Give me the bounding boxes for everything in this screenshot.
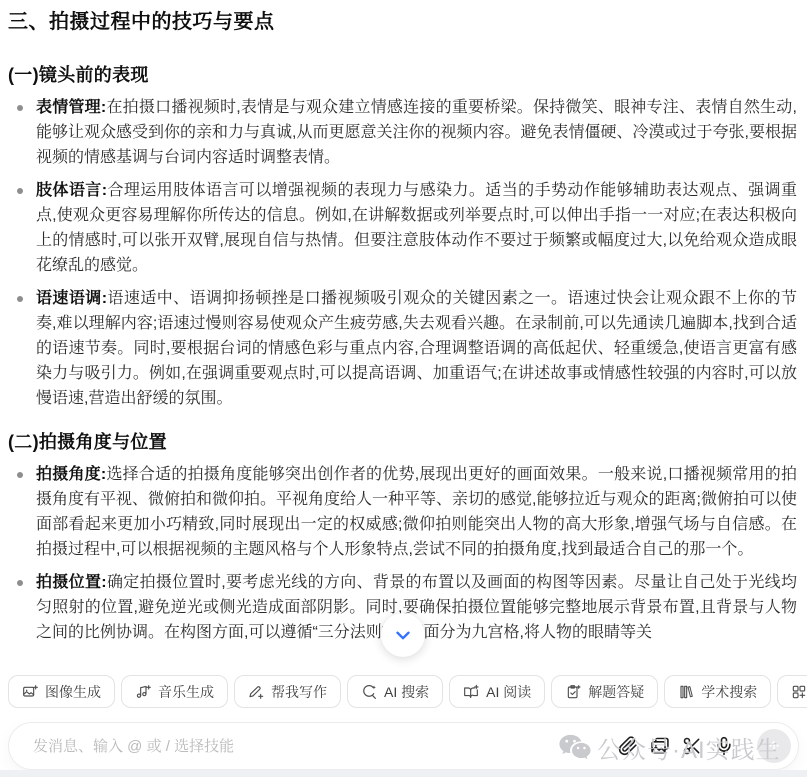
- list-item: 肢体语言:合理运用肢体语言可以增强视频的表现力与感染力。适当的手势动作能够辅助表…: [8, 178, 797, 278]
- send-button[interactable]: [757, 729, 791, 763]
- ai-reading-icon: [463, 684, 479, 700]
- skill-button-academic-search[interactable]: 学术搜索: [664, 675, 771, 708]
- send-icon: [766, 738, 782, 754]
- page-bottom-strip: [0, 770, 807, 777]
- message-input-bar: [8, 722, 799, 770]
- chat-message-content: 三、拍摄过程中的技巧与要点 (一)镜头前的表现 表情管理:在拍摄口播视频时,表情…: [0, 0, 807, 672]
- bullet-text: 语速适中、语调抑扬顿挫是口播视频吸引观众的关键因素之一。语速过快会让观众跟不上你…: [36, 290, 797, 407]
- skill-button-problem-solving[interactable]: 解题答疑: [551, 675, 658, 708]
- academic-search-icon: [678, 684, 694, 700]
- bullet-term: 语速语调:: [36, 290, 107, 307]
- bullet-list-1: 表情管理:在拍摄口播视频时,表情是与观众建立情感连接的重要桥梁。保持微笑、眼神专…: [8, 95, 797, 411]
- bullet-text: 在拍摄口播视频时,表情是与观众建立情感连接的重要桥梁。保持微笑、眼神专注、表情自…: [36, 99, 797, 166]
- input-action-icons: [618, 736, 734, 756]
- skill-button-more[interactable]: 更多: [777, 675, 807, 708]
- bullet-text: 选择合适的拍摄角度能够突出创作者的优势,展现出更好的画面效果。一般来说,口播视频…: [36, 466, 797, 558]
- skill-button-ai-search[interactable]: AI 搜索: [347, 675, 443, 708]
- list-item: 拍摄角度:选择合适的拍摄角度能够突出创作者的优势,展现出更好的画面效果。一般来说…: [8, 462, 797, 562]
- skills-toolbar: 图像生成 音乐生成 帮我写作 AI 搜索 AI 阅读: [8, 675, 807, 708]
- skill-label: AI 搜索: [384, 682, 429, 702]
- page-title: 三、拍摄过程中的技巧与要点: [8, 8, 797, 36]
- section-heading-1: (一)镜头前的表现: [8, 62, 797, 88]
- photos-icon[interactable]: [650, 736, 670, 756]
- list-item: 表情管理:在拍摄口播视频时,表情是与观众建立情感连接的重要桥梁。保持微笑、眼神专…: [8, 95, 797, 170]
- chevron-down-icon: [392, 624, 414, 646]
- ai-search-icon: [361, 684, 377, 700]
- section-heading-2: (二)拍摄角度与位置: [8, 429, 797, 455]
- scissors-icon[interactable]: [682, 736, 702, 756]
- bullet-text: 合理运用肢体语言可以增强视频的表现力与感染力。适当的手势动作能够辅助表达观点、强…: [36, 182, 797, 274]
- skill-button-music-generation[interactable]: 音乐生成: [121, 675, 228, 708]
- music-generation-icon: [135, 684, 151, 700]
- skill-button-image-generation[interactable]: 图像生成: [8, 675, 115, 708]
- problem-solving-icon: [565, 684, 581, 700]
- skill-label: AI 阅读: [486, 682, 531, 702]
- message-input[interactable]: [33, 723, 463, 769]
- skill-button-ai-reading[interactable]: AI 阅读: [449, 675, 545, 708]
- bullet-term: 拍摄角度:: [36, 466, 106, 483]
- bullet-term: 拍摄位置:: [36, 574, 107, 591]
- image-generation-icon: [22, 684, 38, 700]
- list-item: 语速语调:语速适中、语调抑扬顿挫是口播视频吸引观众的关键因素之一。语速过快会让观…: [8, 286, 797, 411]
- paperclip-icon[interactable]: [618, 736, 638, 756]
- skill-label: 图像生成: [45, 682, 101, 702]
- scroll-to-bottom-button[interactable]: [381, 613, 425, 657]
- skill-label: 音乐生成: [158, 682, 214, 702]
- writing-icon: [248, 684, 264, 700]
- skill-label: 学术搜索: [701, 682, 757, 702]
- bullet-term: 肢体语言:: [36, 182, 107, 199]
- skill-label: 解题答疑: [588, 682, 644, 702]
- skill-button-writing[interactable]: 帮我写作: [234, 675, 341, 708]
- skill-label: 帮我写作: [271, 682, 327, 702]
- bullet-term: 表情管理:: [36, 99, 106, 116]
- microphone-icon[interactable]: [714, 736, 734, 756]
- more-icon: [791, 684, 807, 700]
- composer: 图像生成 音乐生成 帮我写作 AI 搜索 AI 阅读: [0, 665, 807, 777]
